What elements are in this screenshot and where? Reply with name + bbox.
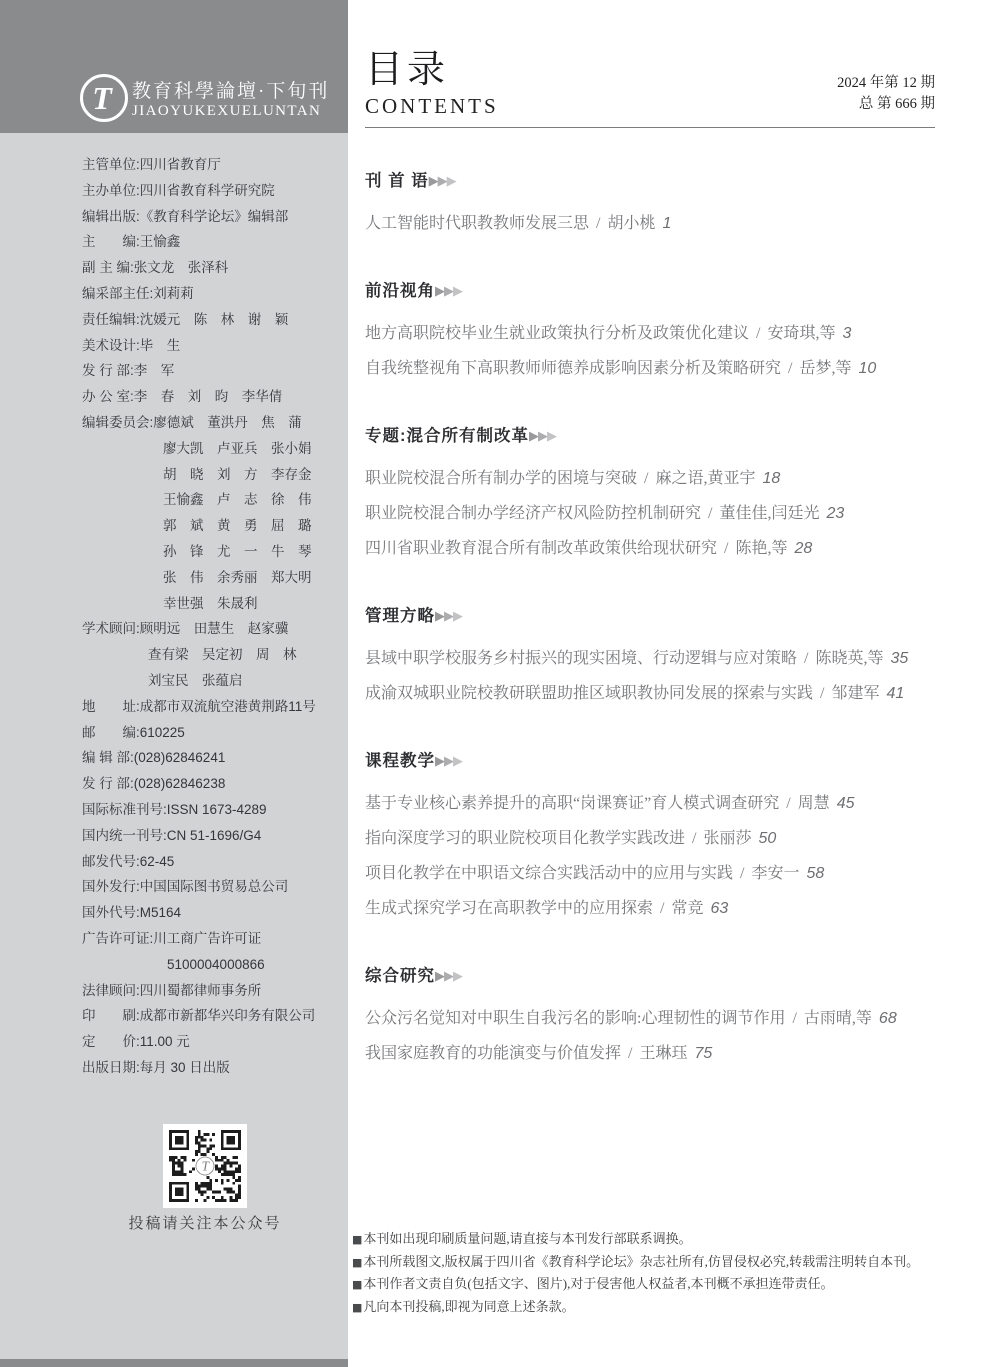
article-title: 我国家庭教育的功能演变与价值发挥 bbox=[365, 1045, 621, 1062]
article-separator: / bbox=[628, 1045, 632, 1062]
info-line: 国际标准刊号:ISSN 1673-4289 bbox=[82, 797, 344, 823]
header-rule bbox=[365, 127, 935, 128]
article-authors: 李安一 bbox=[751, 865, 799, 882]
article-authors: 胡小桃 bbox=[607, 215, 655, 232]
toc-article: 职业院校混合制办学经济产权风险防控机制研究/董佳佳,闫廷光23 bbox=[365, 496, 940, 531]
info-line: 廖大凯 卢亚兵 张小娟 bbox=[82, 436, 344, 462]
article-authors: 周慧 bbox=[798, 795, 830, 812]
article-authors: 常竞 bbox=[671, 900, 703, 917]
info-line: 郭 斌 黄 勇 屈 璐 bbox=[82, 513, 344, 539]
bottom-strip bbox=[0, 1359, 348, 1367]
footnote-item: ■本刊如出现印刷质量问题,请直接与本刊发行部联系调换。 bbox=[352, 1228, 972, 1251]
article-title: 四川省职业教育混合所有制改革政策供给现状研究 bbox=[365, 540, 717, 557]
footnote-item: ■本刊作者文责自负(包括文字、图片),对于侵害他人权益者,本刊概不承担连带责任。 bbox=[352, 1273, 972, 1296]
article-page: 50 bbox=[758, 830, 776, 847]
article-separator: / bbox=[788, 360, 792, 377]
article-title: 基于专业核心素养提升的高职“岗课赛证”育人模式调查研究 bbox=[365, 795, 779, 812]
sidebar: T 教育科學論壇·下旬刊 JIAOYUKEXUELUNTAN 主管单位:四川省教… bbox=[0, 0, 348, 1367]
article-title: 指向深度学习的职业院校项目化教学实践改进 bbox=[365, 830, 685, 847]
bullet-icon: ■ bbox=[352, 1301, 362, 1314]
article-title: 职业院校混合所有制办学的困境与突破 bbox=[365, 470, 637, 487]
info-line: 王愉鑫 卢 志 徐 伟 bbox=[82, 487, 344, 513]
contents-title-en: CONTENTS bbox=[365, 94, 499, 119]
article-separator: / bbox=[786, 795, 790, 812]
toc-article: 人工智能时代职教教师发展三思/胡小桃1 bbox=[365, 206, 940, 241]
info-line: 孙 锋 尤 一 牛 琴 bbox=[82, 539, 344, 565]
article-separator: / bbox=[740, 865, 744, 882]
journal-title-en: JIAOYUKEXUELUNTAN bbox=[132, 103, 329, 120]
info-line: 邮 编:610225 bbox=[82, 720, 344, 746]
footnote-text: 凡向本刊投稿,即视为同意上述条款。 bbox=[363, 1299, 574, 1314]
qr-code-icon: T bbox=[169, 1130, 241, 1202]
article-separator: / bbox=[724, 540, 728, 557]
info-line: 胡 晓 刘 方 李存金 bbox=[82, 462, 344, 488]
article-title: 地方高职院校毕业生就业政策执行分析及政策优化建议 bbox=[365, 325, 749, 342]
journal-logo: T 教育科學論壇·下旬刊 JIAOYUKEXUELUNTAN bbox=[80, 74, 329, 122]
section-title: 课程教学▶▶▶ bbox=[365, 750, 940, 772]
logo-t-icon: T bbox=[80, 74, 128, 122]
article-separator: / bbox=[792, 1010, 796, 1027]
section-title: 综合研究▶▶▶ bbox=[365, 965, 940, 987]
issue-total: 总 第 666 期 bbox=[837, 94, 935, 115]
triangle-icon: ▶ bbox=[444, 283, 453, 298]
toc-article: 地方高职院校毕业生就业政策执行分析及政策优化建议/安琦琪,等3 bbox=[365, 316, 940, 351]
toc-article: 基于专业核心素养提升的高职“岗课赛证”育人模式调查研究/周慧45 bbox=[365, 786, 940, 821]
footnote-item: ■本刊所载图文,版权属于四川省《教育科学论坛》杂志社所有,仿冒侵权必究,转载需注… bbox=[352, 1251, 972, 1274]
info-line: 学术顾问:顾明远 田慧生 赵家骥 bbox=[82, 616, 344, 642]
info-line: 法律顾问:四川蜀都律师事务所 bbox=[82, 978, 344, 1004]
article-title: 成渝双城职业院校教研联盟助推区域职教协同发展的探索与实践 bbox=[365, 685, 813, 702]
triangle-icon: ▶ bbox=[435, 753, 444, 768]
article-title: 县域中职学校服务乡村振兴的现实困境、行动逻辑与应对策略 bbox=[365, 650, 797, 667]
info-line: 印 刷:成都市新都华兴印务有限公司 bbox=[82, 1003, 344, 1029]
info-line: 办 公 室:李 春 刘 昀 李华倩 bbox=[82, 384, 344, 410]
article-authors: 陈晓英,等 bbox=[815, 650, 883, 667]
article-page: 3 bbox=[842, 325, 851, 342]
article-authors: 麻之语,黄亚宇 bbox=[655, 470, 755, 487]
info-line: 国外发行:中国国际图书贸易总公司 bbox=[82, 874, 344, 900]
article-page: 58 bbox=[806, 865, 824, 882]
article-authors: 邹建军 bbox=[831, 685, 879, 702]
article-authors: 岳梦,等 bbox=[799, 360, 851, 377]
footnotes: ■本刊如出现印刷质量问题,请直接与本刊发行部联系调换。 ■本刊所载图文,版权属于… bbox=[352, 1228, 972, 1318]
info-line: 张 伟 余秀丽 郑大明 bbox=[82, 565, 344, 591]
info-line: 编辑出版:《教育科学论坛》编辑部 bbox=[82, 204, 344, 230]
article-title: 职业院校混合制办学经济产权风险防控机制研究 bbox=[365, 505, 701, 522]
toc-article: 公众污名觉知对中职生自我污名的影响:心理韧性的调节作用/古雨晴,等68 bbox=[365, 1001, 940, 1036]
info-line: 地 址:成都市双流航空港黄荆路11号 bbox=[82, 694, 344, 720]
info-line: 幸世强 朱晟利 bbox=[82, 591, 344, 617]
toc-article: 项目化教学在中职语文综合实践活动中的应用与实践/李安一58 bbox=[365, 856, 940, 891]
toc-article: 四川省职业教育混合所有制改革政策供给现状研究/陈艳,等28 bbox=[365, 531, 940, 566]
article-separator: / bbox=[804, 650, 808, 667]
contents-column: 目录 CONTENTS 2024 年第 12 期 总 第 666 期 刊 首 语… bbox=[348, 0, 1000, 1367]
info-line: 国外代号:M5164 bbox=[82, 900, 344, 926]
issue-number: 2024 年第 12 期 bbox=[837, 73, 935, 94]
info-line: 主 编:王愉鑫 bbox=[82, 229, 344, 255]
article-title: 自我统整视角下高职教师师德养成影响因素分析及策略研究 bbox=[365, 360, 781, 377]
footnote-text: 本刊所载图文,版权属于四川省《教育科学论坛》杂志社所有,仿冒侵权必究,转载需注明… bbox=[363, 1254, 919, 1269]
triangle-icon: ▶ bbox=[429, 173, 438, 188]
bullet-icon: ■ bbox=[352, 1256, 362, 1269]
article-page: 45 bbox=[837, 795, 855, 812]
section-title: 刊 首 语▶▶▶ bbox=[365, 170, 940, 192]
issue-info: 2024 年第 12 期 总 第 666 期 bbox=[837, 73, 935, 119]
info-line: 邮发代号:62-45 bbox=[82, 849, 344, 875]
article-page: 41 bbox=[886, 685, 904, 702]
article-authors: 安琦琪,等 bbox=[767, 325, 835, 342]
article-separator: / bbox=[692, 830, 696, 847]
article-page: 35 bbox=[890, 650, 908, 667]
info-line: 主管单位:四川省教育厅 bbox=[82, 152, 344, 178]
article-separator: / bbox=[708, 505, 712, 522]
toc-section: 前沿视角▶▶▶ 地方高职院校毕业生就业政策执行分析及政策优化建议/安琦琪,等3 … bbox=[365, 280, 940, 386]
info-line: 广告许可证:川工商广告许可证 bbox=[82, 926, 344, 952]
triangle-icon: ▶ bbox=[547, 428, 556, 443]
triangle-icon: ▶ bbox=[444, 968, 453, 983]
triangle-icon: ▶ bbox=[444, 753, 453, 768]
toc-section: 管理方略▶▶▶ 县域中职学校服务乡村振兴的现实困境、行动逻辑与应对策略/陈晓英,… bbox=[365, 605, 940, 711]
triangle-icon: ▶ bbox=[538, 428, 547, 443]
footnote-text: 本刊作者文责自负(包括文字、图片),对于侵害他人权益者,本刊概不承担连带责任。 bbox=[363, 1276, 833, 1291]
info-line: 美术设计:毕 生 bbox=[82, 333, 344, 359]
toc: 刊 首 语▶▶▶ 人工智能时代职教教师发展三思/胡小桃1 前沿视角▶▶▶ 地方高… bbox=[365, 170, 940, 1071]
info-line: 国内统一刊号:CN 51-1696/G4 bbox=[82, 823, 344, 849]
bullet-icon: ■ bbox=[352, 1278, 362, 1291]
toc-article: 生成式探究学习在高职教学中的应用探索/常竞63 bbox=[365, 891, 940, 926]
section-title: 管理方略▶▶▶ bbox=[365, 605, 940, 627]
article-page: 63 bbox=[710, 900, 728, 917]
info-line: 5100004000866 bbox=[82, 952, 344, 978]
section-title: 专题:混合所有制改革▶▶▶ bbox=[365, 425, 940, 447]
article-page: 28 bbox=[794, 540, 812, 557]
magazine-contents-page: { "colors": { "band_gray": "#8a8b8d", "s… bbox=[0, 0, 1000, 1367]
toc-section: 课程教学▶▶▶ 基于专业核心素养提升的高职“岗课赛证”育人模式调查研究/周慧45… bbox=[365, 750, 940, 926]
triangle-icon: ▶ bbox=[453, 608, 462, 623]
triangle-icon: ▶ bbox=[435, 968, 444, 983]
article-separator: / bbox=[756, 325, 760, 342]
toc-section: 专题:混合所有制改革▶▶▶ 职业院校混合所有制办学的困境与突破/麻之语,黄亚宇1… bbox=[365, 425, 940, 566]
triangle-icon: ▶ bbox=[438, 173, 447, 188]
info-line: 编辑委员会:廖德斌 董洪丹 焦 蒲 bbox=[82, 410, 344, 436]
article-title: 公众污名觉知对中职生自我污名的影响:心理韧性的调节作用 bbox=[365, 1010, 785, 1027]
toc-article: 指向深度学习的职业院校项目化教学实践改进/张丽莎50 bbox=[365, 821, 940, 856]
toc-section: 刊 首 语▶▶▶ 人工智能时代职教教师发展三思/胡小桃1 bbox=[365, 170, 940, 241]
article-page: 10 bbox=[858, 360, 876, 377]
info-line: 发 行 部:李 军 bbox=[82, 358, 344, 384]
article-title: 生成式探究学习在高职教学中的应用探索 bbox=[365, 900, 653, 917]
toc-article: 成渝双城职业院校教研联盟助推区域职教协同发展的探索与实践/邹建军41 bbox=[365, 676, 940, 711]
qr-frame: T bbox=[163, 1124, 247, 1208]
article-authors: 陈艳,等 bbox=[735, 540, 787, 557]
triangle-icon: ▶ bbox=[435, 283, 444, 298]
triangle-icon: ▶ bbox=[435, 608, 444, 623]
toc-article: 我国家庭教育的功能演变与价值发挥/王琳珏75 bbox=[365, 1036, 940, 1071]
article-page: 18 bbox=[762, 470, 780, 487]
article-authors: 董佳佳,闫廷光 bbox=[719, 505, 819, 522]
triangle-icon: ▶ bbox=[447, 173, 456, 188]
toc-article: 职业院校混合所有制办学的困境与突破/麻之语,黄亚宇18 bbox=[365, 461, 940, 496]
qr-caption: 投稿请关注本公众号 bbox=[85, 1212, 325, 1233]
article-separator: / bbox=[644, 470, 648, 487]
info-line: 定 价:11.00 元 bbox=[82, 1029, 344, 1055]
triangle-icon: ▶ bbox=[453, 968, 462, 983]
toc-article: 县域中职学校服务乡村振兴的现实困境、行动逻辑与应对策略/陈晓英,等35 bbox=[365, 641, 940, 676]
article-authors: 张丽莎 bbox=[703, 830, 751, 847]
info-line: 出版日期:每月 30 日出版 bbox=[82, 1055, 344, 1081]
article-page: 1 bbox=[662, 215, 671, 232]
journal-title-cn: 教育科學論壇·下旬刊 bbox=[132, 76, 329, 103]
info-line: 主办单位:四川省教育科学研究院 bbox=[82, 178, 344, 204]
triangle-icon: ▶ bbox=[529, 428, 538, 443]
section-title: 前沿视角▶▶▶ bbox=[365, 280, 940, 302]
info-line: 发 行 部:(028)62846238 bbox=[82, 771, 344, 797]
triangle-icon: ▶ bbox=[453, 283, 462, 298]
article-page: 68 bbox=[879, 1010, 897, 1027]
publication-info: 主管单位:四川省教育厅 主办单位:四川省教育科学研究院 编辑出版:《教育科学论坛… bbox=[82, 152, 344, 1081]
triangle-icon: ▶ bbox=[444, 608, 453, 623]
article-separator: / bbox=[660, 900, 664, 917]
article-separator: / bbox=[820, 685, 824, 702]
toc-section: 综合研究▶▶▶ 公众污名觉知对中职生自我污名的影响:心理韧性的调节作用/古雨晴,… bbox=[365, 965, 940, 1071]
info-line: 责任编辑:沈媛元 陈 林 谢 颖 bbox=[82, 307, 344, 333]
article-page: 23 bbox=[826, 505, 844, 522]
footnote-text: 本刊如出现印刷质量问题,请直接与本刊发行部联系调换。 bbox=[363, 1231, 691, 1246]
article-page: 75 bbox=[694, 1045, 712, 1062]
toc-article: 自我统整视角下高职教师师德养成影响因素分析及策略研究/岳梦,等10 bbox=[365, 351, 940, 386]
masthead-band: T 教育科學論壇·下旬刊 JIAOYUKEXUELUNTAN bbox=[0, 0, 348, 133]
triangle-icon: ▶ bbox=[453, 753, 462, 768]
contents-header: 目录 CONTENTS 2024 年第 12 期 总 第 666 期 bbox=[365, 50, 935, 119]
info-line: 查有梁 吴定初 周 林 bbox=[82, 642, 344, 668]
info-line: 编采部主任:刘莉莉 bbox=[82, 281, 344, 307]
article-title: 人工智能时代职教教师发展三思 bbox=[365, 215, 589, 232]
contents-title-cn: 目录 bbox=[365, 50, 499, 92]
info-line: 编 辑 部:(028)62846241 bbox=[82, 745, 344, 771]
article-title: 项目化教学在中职语文综合实践活动中的应用与实践 bbox=[365, 865, 733, 882]
article-authors: 古雨晴,等 bbox=[804, 1010, 872, 1027]
footnote-item: ■凡向本刊投稿,即视为同意上述条款。 bbox=[352, 1296, 972, 1319]
article-authors: 王琳珏 bbox=[639, 1045, 687, 1062]
bullet-icon: ■ bbox=[352, 1233, 362, 1246]
article-separator: / bbox=[596, 215, 600, 232]
info-line: 刘宝民 张蕴启 bbox=[82, 668, 344, 694]
info-line: 副 主 编:张文龙 张泽科 bbox=[82, 255, 344, 281]
